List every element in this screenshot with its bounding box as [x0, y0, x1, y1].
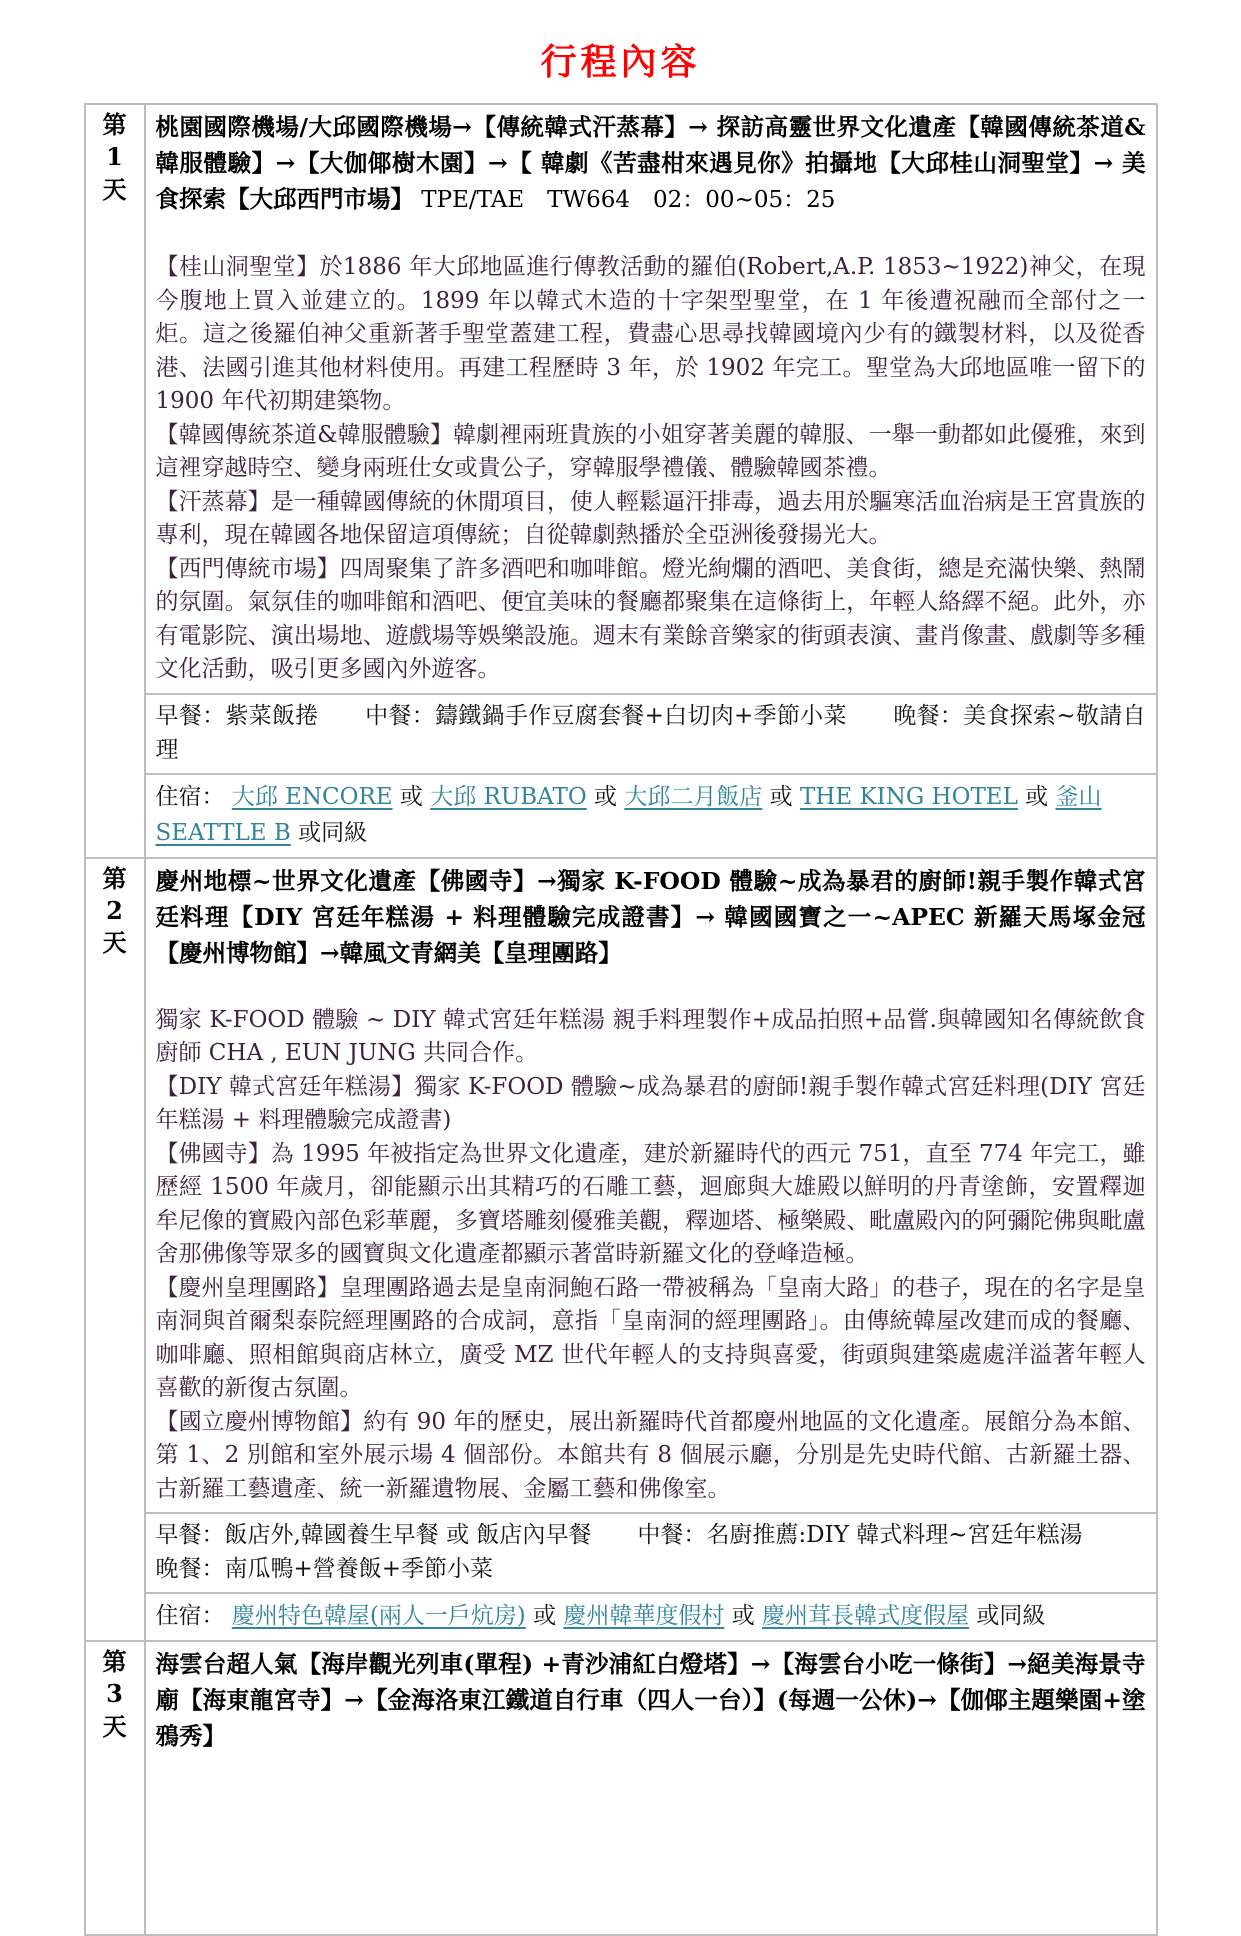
day-header: 慶州地標~世界文化遺產【佛國寺】→獨家 K-FOOD 體驗~成為暴君的廚師!親手…: [156, 863, 1146, 971]
hotel-separator: 或: [1018, 784, 1056, 810]
meals-row: 早餐：飯店外,韓國養生早餐 或 飯店內早餐 中餐：名廚推薦:DIY 韓式料理~宮…: [85, 1513, 1157, 1593]
lodging-row: 住宿： 大邱 ENCORE 或 大邱 RUBATO 或 大邱二月飯店 或 THE…: [85, 774, 1157, 858]
day-label-char: 第: [96, 863, 134, 895]
day-header: 桃園國際機場/大邱國際機場→【傳統韓式汗蒸幕】→ 探訪高靈世界文化遺產【韓國傳統…: [156, 109, 1146, 218]
day-label: 第3天: [85, 1641, 145, 1935]
day-label-char: 天: [96, 174, 134, 206]
day-content-cell: 海雲台超人氣【海岸觀光列車(單程) +青沙浦紅白燈塔】→【海雲台小吃一條街】→絕…: [145, 1641, 1157, 1935]
day-label: 第2天: [85, 858, 145, 1642]
itinerary-table: 第1天桃園國際機場/大邱國際機場→【傳統韓式汗蒸幕】→ 探訪高靈世界文化遺產【韓…: [84, 103, 1158, 1936]
day-label-char: 1: [96, 141, 134, 173]
day-header: 海雲台超人氣【海岸觀光列車(單程) +青沙浦紅白燈塔】→【海雲台小吃一條街】→絕…: [156, 1646, 1146, 1754]
meals-text: 早餐：飯店外,韓國養生早餐 或 飯店內早餐 中餐：名廚推薦:DIY 韓式料理~宮…: [145, 1513, 1157, 1593]
lodging-cell: 住宿： 大邱 ENCORE 或 大邱 RUBATO 或 大邱二月飯店 或 THE…: [145, 774, 1157, 858]
day-label-char: 天: [96, 1711, 134, 1743]
lodging-suffix: 或同級: [291, 820, 367, 846]
meals-row: 早餐：紫菜飯捲 中餐：鑄鐵鍋手作豆腐套餐+白切肉+季節小菜 晚餐：美食探索~敬請…: [85, 694, 1157, 774]
day-paragraph: 【佛國寺】為 1995 年被指定為世界文化遺產，建於新羅時代的西元 751，直至…: [156, 1138, 1146, 1272]
day-label: 第1天: [85, 104, 145, 858]
hotel-link[interactable]: 慶州茸長韓式度假屋: [762, 1603, 969, 1629]
day-row: 第2天慶州地標~世界文化遺產【佛國寺】→獨家 K-FOOD 體驗~成為暴君的廚師…: [85, 858, 1157, 1514]
lodging-label: 住宿：: [156, 784, 232, 810]
day-paragraph: 【韓國傳統茶道&韓服體驗】韓劇裡兩班貴族的小姐穿著美麗的韓服、一舉一動都如此優雅…: [156, 419, 1146, 486]
day-paragraph: 獨家 K-FOOD 體驗 ~ DIY 韓式宮廷年糕湯 親手料理製作+成品拍照+品…: [156, 1004, 1146, 1071]
day-label-char: 第: [96, 1646, 134, 1678]
day-row: 第3天海雲台超人氣【海岸觀光列車(單程) +青沙浦紅白燈塔】→【海雲台小吃一條街…: [85, 1641, 1157, 1935]
day-label-char: 第: [96, 109, 134, 141]
meals-text: 早餐：紫菜飯捲 中餐：鑄鐵鍋手作豆腐套餐+白切肉+季節小菜 晚餐：美食探索~敬請…: [145, 694, 1157, 774]
day-paragraph: 【西門傳統市場】四周聚集了許多酒吧和咖啡館。燈光絢爛的酒吧、美食街，總是充滿快樂…: [156, 553, 1146, 687]
day-paragraph: 【慶州皇理團路】皇理團路過去是皇南洞鮑石路一帶被稱為「皇南大路」的巷子，現在的名…: [156, 1272, 1146, 1406]
day-paragraph: 【桂山洞聖堂】於1886 年大邱地區進行傳教活動的羅伯(Robert,A.P. …: [156, 251, 1146, 419]
day-content-cell: 慶州地標~世界文化遺產【佛國寺】→獨家 K-FOOD 體驗~成為暴君的廚師!親手…: [145, 858, 1157, 1514]
day-header-text: 海雲台超人氣【海岸觀光列車(單程) +青沙浦紅白燈塔】→【海雲台小吃一條街】→絕…: [156, 1650, 1146, 1750]
lodging-row: 住宿： 慶州特色韓屋(兩人一戶炕房) 或 慶州韓華度假村 或 慶州茸長韓式度假屋…: [85, 1593, 1157, 1641]
hotel-link[interactable]: 慶州特色韓屋(兩人一戶炕房): [232, 1603, 526, 1629]
lodging-label: 住宿：: [156, 1603, 232, 1629]
page-title: 行程內容: [0, 34, 1241, 85]
hotel-separator: 或: [526, 1603, 564, 1629]
lodging-suffix: 或同級: [969, 1603, 1045, 1629]
day-header-text: 慶州地標~世界文化遺產【佛國寺】→獨家 K-FOOD 體驗~成為暴君的廚師!親手…: [156, 867, 1146, 967]
hotel-link[interactable]: 大邱二月飯店: [624, 784, 762, 810]
day-label-char: 2: [96, 895, 134, 927]
hotel-separator: 或: [762, 784, 800, 810]
day-description: 獨家 K-FOOD 體驗 ~ DIY 韓式宮廷年糕湯 親手料理製作+成品拍照+品…: [156, 1004, 1146, 1507]
day-paragraph: 【汗蒸幕】是一種韓國傳統的休閒項目，使人輕鬆逼汗排毒，過去用於驅寒活血治病是王宮…: [156, 486, 1146, 553]
day-description: 【桂山洞聖堂】於1886 年大邱地區進行傳教活動的羅伯(Robert,A.P. …: [156, 251, 1146, 687]
hotel-link[interactable]: 慶州韓華度假村: [563, 1603, 724, 1629]
day-row: 第1天桃園國際機場/大邱國際機場→【傳統韓式汗蒸幕】→ 探訪高靈世界文化遺產【韓…: [85, 104, 1157, 694]
flight-info: TPE/TAE TW664 02：00~05：25: [414, 187, 835, 213]
hotel-link[interactable]: THE KING HOTEL: [800, 784, 1018, 810]
day-label-char: 3: [96, 1678, 134, 1710]
hotel-separator: 或: [724, 1603, 762, 1629]
lodging-cell: 住宿： 慶州特色韓屋(兩人一戶炕房) 或 慶州韓華度假村 或 慶州茸長韓式度假屋…: [145, 1593, 1157, 1641]
day-paragraph: 【國立慶州博物館】約有 90 年的歷史，展出新羅時代首都慶州地區的文化遺產。展館…: [156, 1406, 1146, 1507]
hotel-separator: 或: [393, 784, 431, 810]
day-paragraph: 【DIY 韓式宮廷年糕湯】獨家 K-FOOD 體驗~成為暴君的廚師!親手製作韓式…: [156, 1071, 1146, 1138]
hotel-link[interactable]: 大邱 RUBATO: [430, 784, 586, 810]
day-content-cell: 桃園國際機場/大邱國際機場→【傳統韓式汗蒸幕】→ 探訪高靈世界文化遺產【韓國傳統…: [145, 104, 1157, 694]
day-label-char: 天: [96, 927, 134, 959]
hotel-separator: 或: [587, 784, 625, 810]
hotel-link[interactable]: 大邱 ENCORE: [232, 784, 393, 810]
itinerary-page: 行程內容 第1天桃園國際機場/大邱國際機場→【傳統韓式汗蒸幕】→ 探訪高靈世界文…: [0, 0, 1241, 1936]
